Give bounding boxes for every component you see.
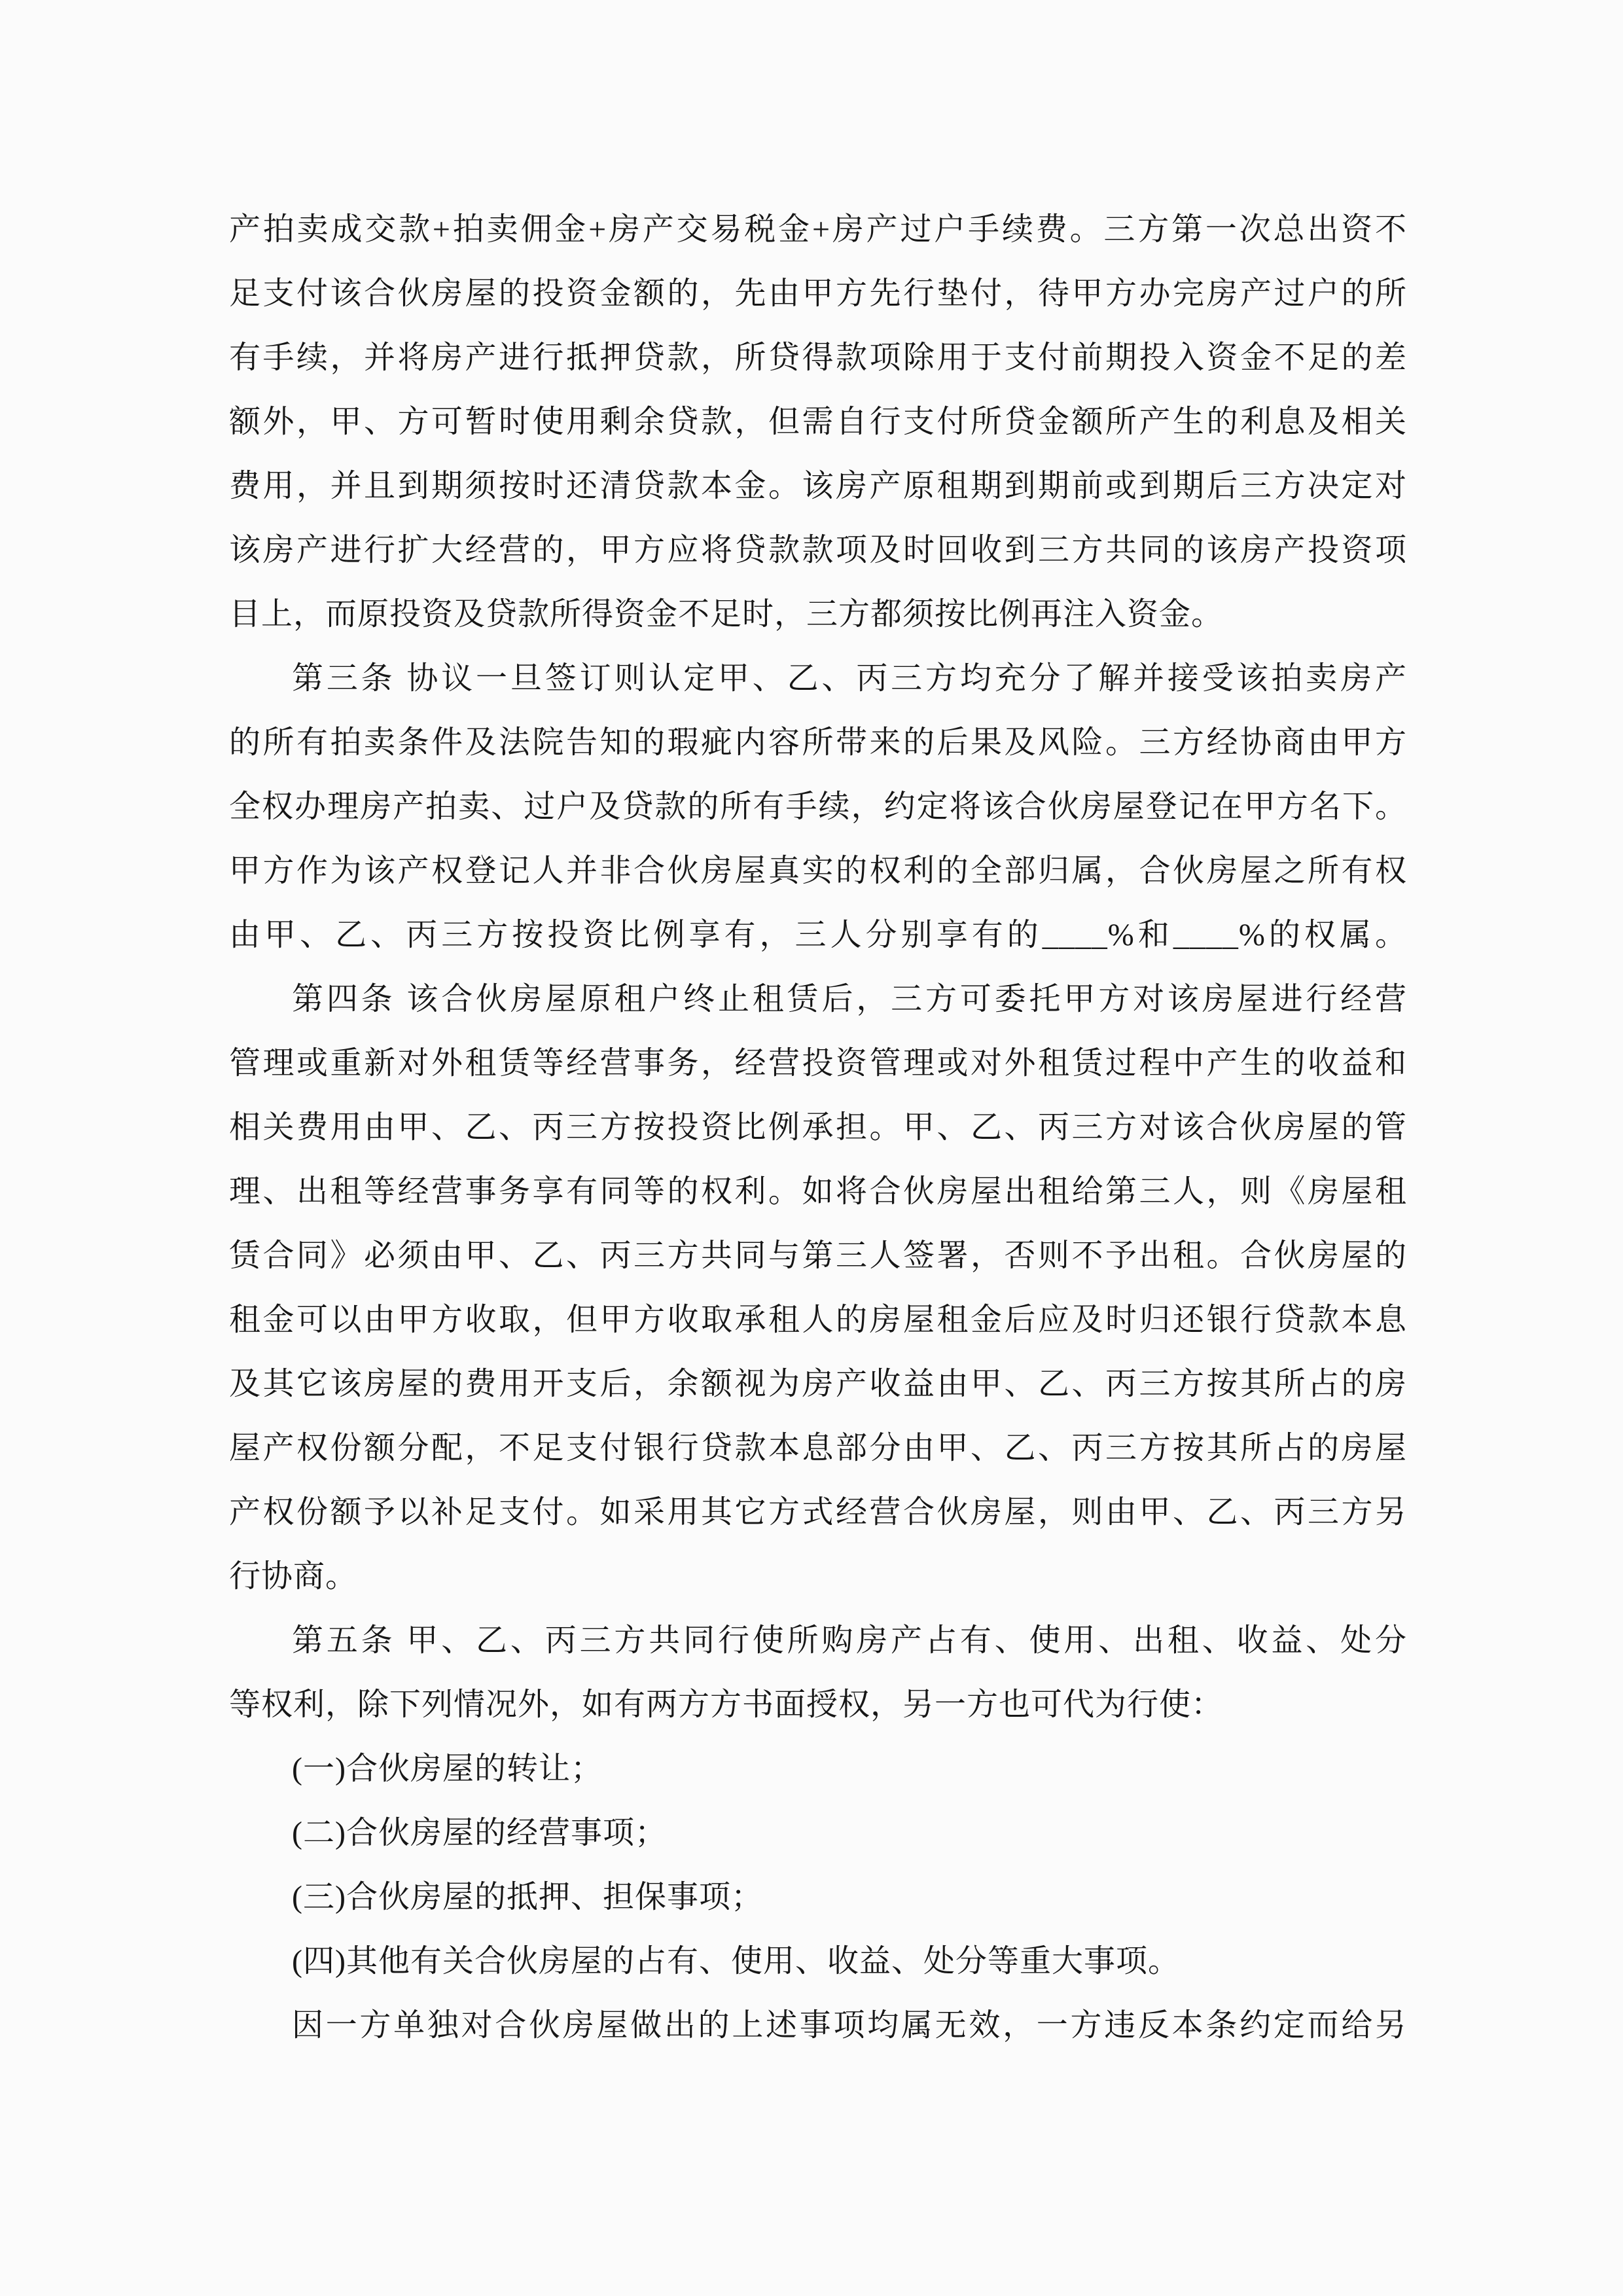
text-line: 等权利，除下列情况外，如有两方方书面授权，另一方也可代为行使： [229,1673,1407,1737]
text-line: 甲方作为该产权登记人并非合伙房屋真实的权利的全部归属，合伙房屋之所有权 [229,839,1407,903]
text-line: 第四条 该合伙房屋原租户终止租赁后，三方可委托甲方对该房屋进行经营 [229,967,1407,1031]
text-line: 屋产权份额分配，不足支付银行贷款本息部分由甲、乙、丙三方按其所占的房屋 [229,1416,1407,1480]
text-line: 该房产进行扩大经营的，甲方应将贷款款项及时回收到三方共同的该房产投资项 [229,518,1407,583]
text-line: 由甲、乙、丙三方按投资比例享有，三人分别享有的____%和____%的权属。 [229,903,1407,967]
text-line: 费用，并且到期须按时还清贷款本金。该房产原租期到期前或到期后三方决定对 [229,454,1407,518]
text-line: 产拍卖成交款+拍卖佣金+房产交易税金+房产过户手续费。三方第一次总出资不 [229,198,1407,262]
text-line: 足支付该合伙房屋的投资金额的，先由甲方先行垫付，待甲方办完房产过户的所 [229,262,1407,326]
text-line: 行协商。 [229,1545,1407,1609]
text-line: 租金可以由甲方收取，但甲方收取承租人的房屋租金后应及时归还银行贷款本息 [229,1288,1407,1352]
text-line: 赁合同》必须由甲、乙、丙三方共同与第三人签署，否则不予出租。合伙房屋的 [229,1224,1407,1288]
text-line: 管理或重新对外租赁等经营事务，经营投资管理或对外租赁过程中产生的收益和 [229,1031,1407,1096]
text-line: (一)合伙房屋的转让； [229,1737,1407,1801]
text-line: 理、出租等经营事务享有同等的权利。如将合伙房屋出租给第三人，则《房屋租 [229,1160,1407,1224]
text-line: (三)合伙房屋的抵押、担保事项； [229,1865,1407,1929]
text-line: (四)其他有关合伙房屋的占有、使用、收益、处分等重大事项。 [229,1929,1407,1994]
text-line: 相关费用由甲、乙、丙三方按投资比例承担。甲、乙、丙三方对该合伙房屋的管 [229,1096,1407,1160]
text-line: 全权办理房产拍卖、过户及贷款的所有手续，约定将该合伙房屋登记在甲方名下。 [229,775,1407,839]
text-line: 及其它该房屋的费用开支后，余额视为房产收益由甲、乙、丙三方按其所占的房 [229,1352,1407,1416]
text-line: 目上，而原投资及贷款所得资金不足时，三方都须按比例再注入资金。 [229,583,1407,647]
text-line: 因一方单独对合伙房屋做出的上述事项均属无效，一方违反本条约定而给另 [229,1994,1407,2058]
text-line: 有手续，并将房产进行抵押贷款，所贷得款项除用于支付前期投入资金不足的差 [229,326,1407,390]
text-line: (二)合伙房屋的经营事项； [229,1801,1407,1865]
text-line: 额外，甲、方可暂时使用剩余贷款，但需自行支付所贷金额所产生的利息及相关 [229,390,1407,454]
text-line: 的所有拍卖条件及法院告知的瑕疵内容所带来的后果及风险。三方经协商由甲方 [229,711,1407,775]
text-line: 第五条 甲、乙、丙三方共同行使所购房产占有、使用、出租、收益、处分 [229,1609,1407,1673]
text-line: 第三条 协议一旦签订则认定甲、乙、丙三方均充分了解并接受该拍卖房产 [229,647,1407,711]
contract-page: 产拍卖成交款+拍卖佣金+房产交易税金+房产过户手续费。三方第一次总出资不足支付该… [0,0,1623,2296]
text-line: 产权份额予以补足支付。如采用其它方式经营合伙房屋，则由甲、乙、丙三方另 [229,1480,1407,1545]
document-body: 产拍卖成交款+拍卖佣金+房产交易税金+房产过户手续费。三方第一次总出资不足支付该… [229,198,1407,2058]
